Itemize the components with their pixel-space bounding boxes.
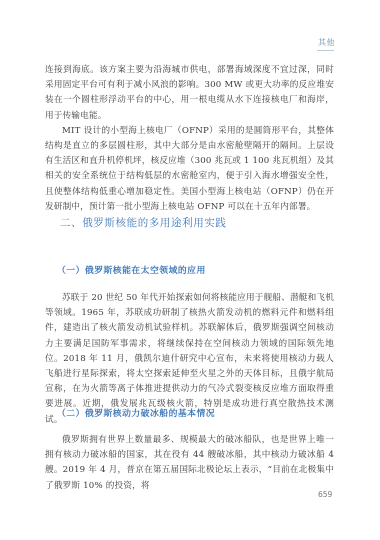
section-heading: 二、俄罗斯核能的多用途利用实践: [60, 215, 227, 230]
running-head-rule: [317, 50, 334, 51]
paragraph: 俄罗斯拥有世界上数量最多、规模最大的破冰船队，也是世界上唯一拥有核动力破冰船的国…: [45, 433, 334, 494]
page-number: 659: [318, 490, 332, 499]
paragraph: MIT 设计的小型海上核电厂（OFNP）采用的是圆筒形平台，其整体结构是直立的多…: [45, 124, 334, 215]
subsection-body: 俄罗斯拥有世界上数量最多、规模最大的破冰船队，也是世界上唯一拥有核动力破冰船的国…: [45, 433, 334, 494]
subsection-heading: （一）俄罗斯核能在太空领域的应用: [57, 263, 206, 276]
running-head: 其他: [318, 37, 335, 48]
paragraph: 连接到海底。该方案主要为沿海城市供电，部署海域深度不宜过深，同时采用固定平台可有…: [45, 63, 334, 124]
top-body: 连接到海底。该方案主要为沿海城市供电，部署海域深度不宜过深，同时采用固定平台可有…: [45, 63, 334, 215]
subsection-heading: （二）俄罗斯核动力破冰船的基本情况: [57, 406, 215, 419]
